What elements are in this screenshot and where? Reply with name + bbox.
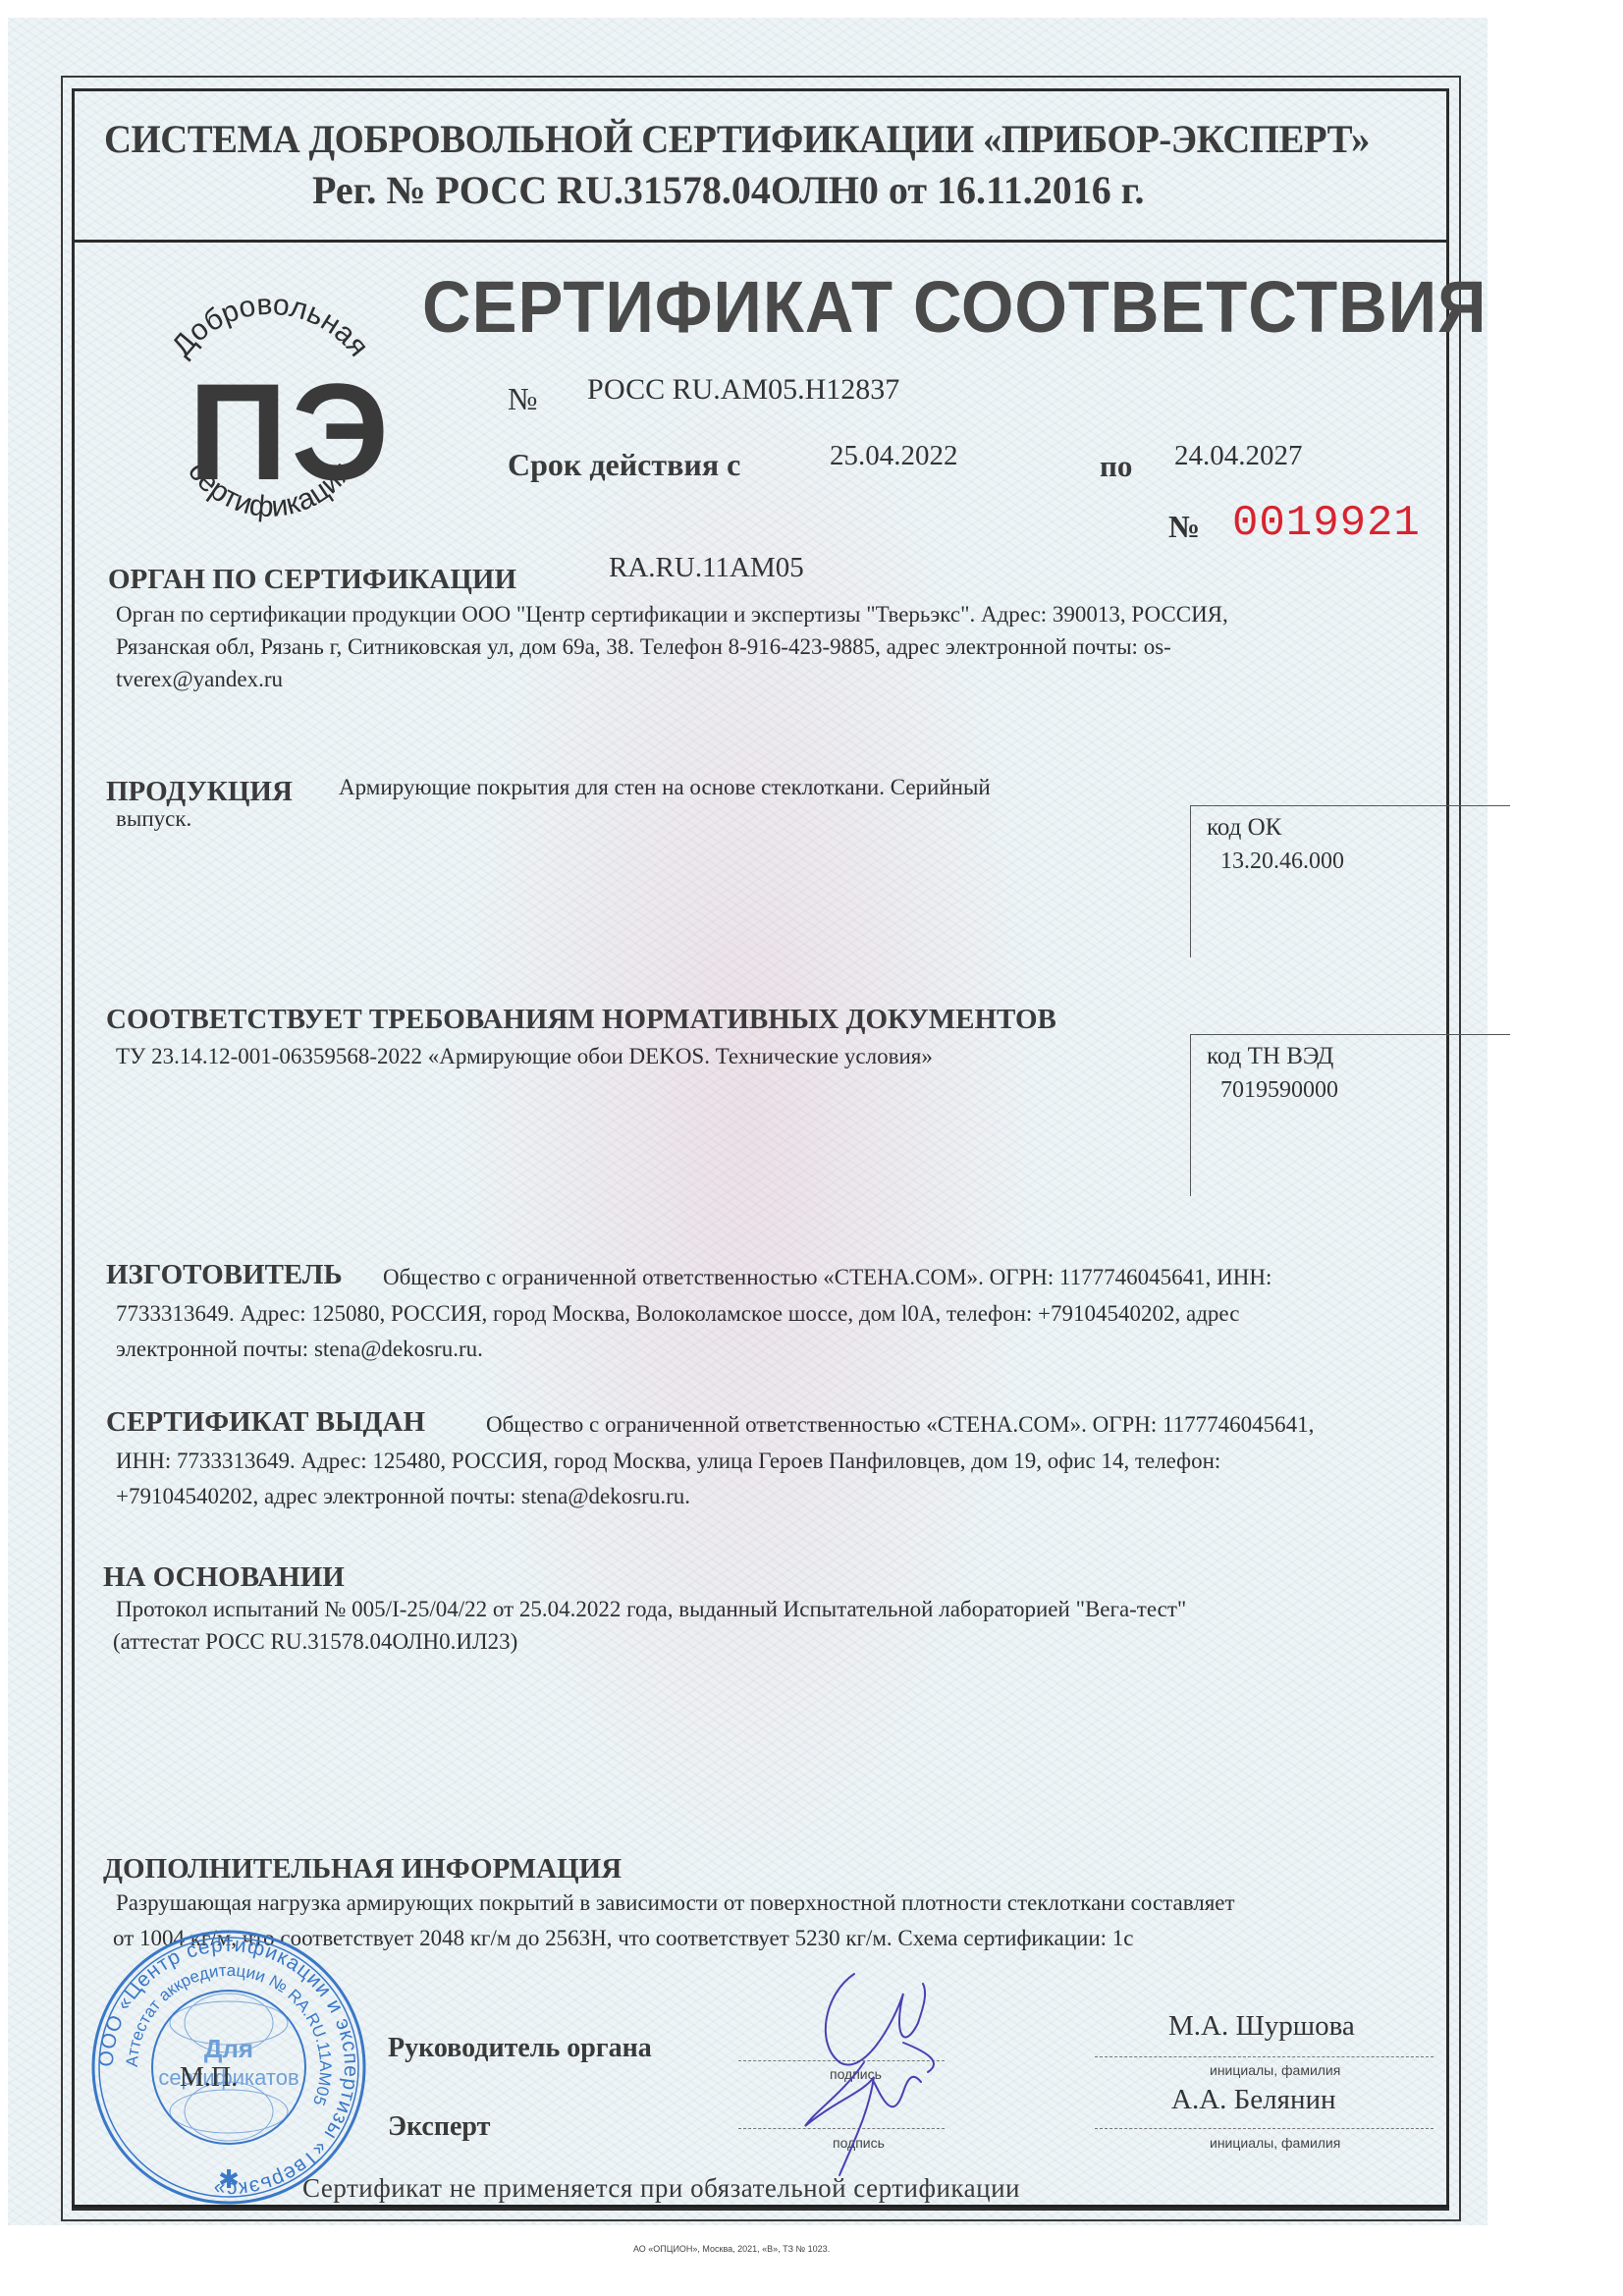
ok-code-label: код ОК — [1207, 814, 1281, 842]
issued-to-line-1: Общество с ограниченной ответственностью… — [486, 1409, 1314, 1440]
product-line-1: Армирующие покрытия для стен на основе с… — [339, 772, 991, 802]
issued-to-heading: СЕРТИФИКАТ ВЫДАН — [106, 1406, 425, 1439]
expert-name-caption: инициалы, фамилия — [1210, 2135, 1340, 2151]
certification-body-line-2: Рязанская обл, Рязань г, Ситниковская ул… — [116, 631, 1171, 662]
certification-body-line-3: tverex@yandex.ru — [116, 664, 283, 694]
issued-to-line-2: ИНН: 7733313649. Адрес: 125480, РОССИЯ, … — [116, 1446, 1220, 1476]
issued-to-line-3: +79104540202, адрес электронной почты: s… — [116, 1481, 690, 1511]
head-name-line — [1095, 2056, 1434, 2057]
header-divider — [72, 240, 1449, 243]
head-of-body-label: Руководитель органа — [388, 2033, 652, 2064]
manufacturer-line-1: Общество с ограниченной ответственностью… — [383, 1262, 1271, 1292]
printer-imprint: АО «ОПЦИОН», Москва, 2021, «В», ТЗ № 102… — [633, 2244, 830, 2254]
ok-code-box: код ОК 13.20.46.000 — [1190, 805, 1510, 957]
certification-system-name: СИСТЕМА ДОБРОВОЛЬНОЙ СЕРТИФИКАЦИИ «ПРИБО… — [104, 116, 1370, 162]
svg-text:Добровольная: Добровольная — [166, 295, 375, 362]
certificate-number-label: № — [508, 381, 538, 417]
tnved-code-label: код ТН ВЭД — [1207, 1043, 1333, 1070]
logo-letters: ПЭ — [189, 363, 393, 501]
certification-body-code: RA.RU.11АМ05 — [609, 552, 804, 584]
basis-heading: НА ОСНОВАНИИ — [103, 1561, 345, 1594]
valid-to-date: 24.04.2027 — [1174, 440, 1303, 472]
certificate-title: СЕРТИФИКАТ СООТВЕТСТВИЯ — [422, 265, 1488, 349]
manufacturer-heading: ИЗГОТОВИТЕЛЬ — [106, 1259, 343, 1291]
stamp-center-line-1: Для — [204, 2034, 253, 2063]
seal-place-label: М.П. — [180, 2062, 238, 2094]
tnved-code-value: 7019590000 — [1220, 1077, 1338, 1104]
system-registration: Рег. № РОСС RU.31578.04ОЛН0 от 16.11.201… — [312, 167, 1144, 213]
head-of-body-name: М.А. Шуршова — [1168, 2010, 1355, 2043]
bottom-rule — [72, 2205, 1449, 2208]
validity-label: Срок действия с — [508, 447, 740, 483]
logo-arc-top-text: Добровольная — [166, 295, 375, 362]
expert-label: Эксперт — [388, 2111, 490, 2143]
serial-number: 0019921 — [1232, 499, 1421, 548]
basis-line-1: Протокол испытаний № 005/I-25/04/22 от 2… — [116, 1594, 1186, 1624]
footer-note: Сертификат не применяется при обязательн… — [302, 2173, 1020, 2204]
stamp-star-icon: ✱ — [218, 2165, 240, 2195]
head-name-caption: инициалы, фамилия — [1210, 2062, 1340, 2078]
basis-line-2: (аттестат РОСС RU.31578.04ОЛН0.ИЛ23) — [113, 1626, 517, 1657]
certification-body-heading: ОРГАН ПО СЕРТИФИКАЦИИ — [108, 564, 516, 596]
additional-info-heading: ДОПОЛНИТЕЛЬНАЯ ИНФОРМАЦИЯ — [103, 1853, 622, 1886]
ok-code-value: 13.20.46.000 — [1220, 848, 1344, 875]
tnved-code-box: код ТН ВЭД 7019590000 — [1190, 1034, 1510, 1196]
serial-number-label: № — [1168, 509, 1200, 545]
product-line-2: выпуск. — [116, 803, 191, 834]
certificate-number: РОСС RU.АМ05.Н12837 — [587, 373, 899, 407]
manufacturer-line-3: электронной почты: stena@dekosru.ru. — [116, 1334, 483, 1364]
pe-logo: Добровольная сертификация ПЭ — [147, 295, 393, 530]
valid-to-label: по — [1100, 449, 1132, 484]
additional-info-line-1: Разрушающая нагрузка армирующих покрытий… — [116, 1887, 1235, 1918]
valid-from-date: 25.04.2022 — [830, 440, 958, 472]
certification-body-line-1: Орган по сертификации продукции ООО "Цен… — [116, 599, 1228, 629]
manufacturer-line-2: 7733313649. Адрес: 125080, РОССИЯ, город… — [116, 1298, 1239, 1329]
expert-name-line — [1095, 2128, 1434, 2129]
expert-name: А.А. Белянин — [1171, 2084, 1336, 2116]
compliance-heading: СООТВЕТСТВУЕТ ТРЕБОВАНИЯМ НОРМАТИВНЫХ ДО… — [106, 1004, 1056, 1036]
handwritten-signature-icon — [746, 1954, 972, 2180]
compliance-line-1: ТУ 23.14.12-001-06359568-2022 «Армирующи… — [116, 1041, 933, 1071]
